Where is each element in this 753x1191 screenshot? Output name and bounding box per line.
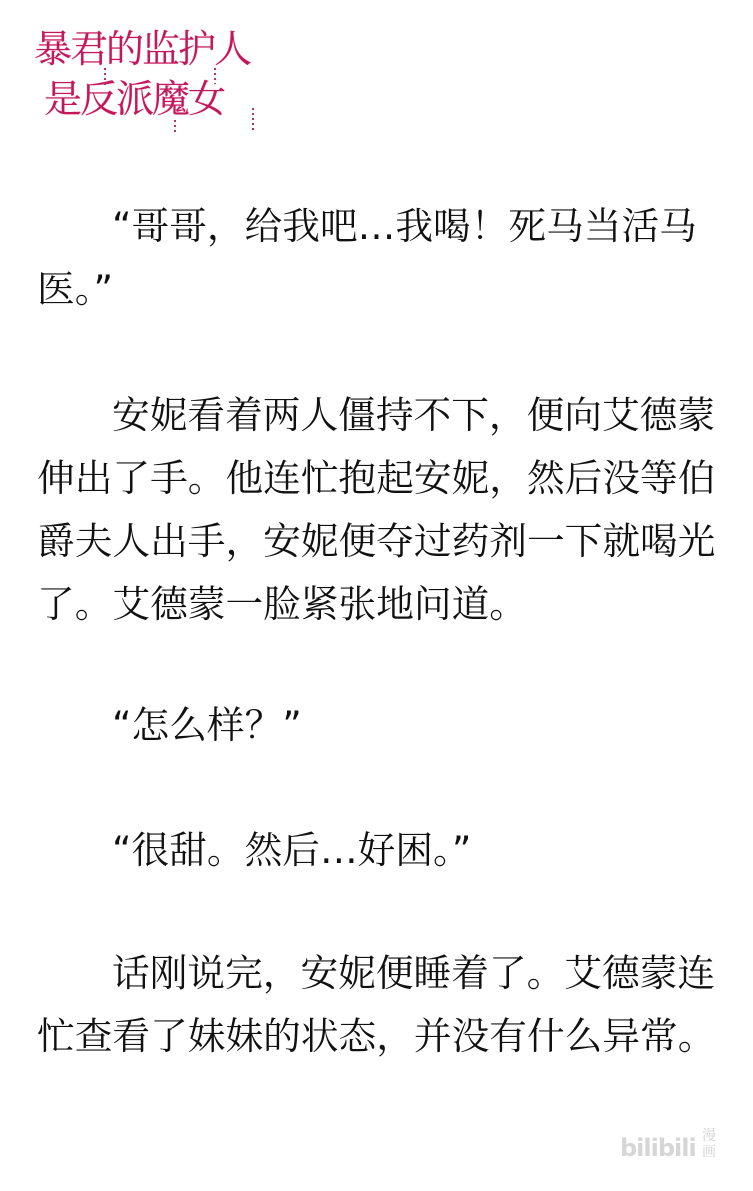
logo-decoration-dots — [104, 68, 106, 86]
text-line: 忙查看了妹妹的状态，并没有什么异常。 — [37, 1005, 717, 1068]
logo-decoration-dots — [214, 68, 216, 84]
text-line: 话刚说完，安妮便睡着了。艾德蒙连 — [37, 942, 717, 1005]
paragraph-3: “怎么样？” — [37, 694, 717, 757]
paragraph-2: 安妮看着两人僵持不下，便向艾德蒙 伸出了手。他连忙抱起安妮，然后没等伯 爵夫人出… — [37, 384, 717, 636]
text-line: 医。” — [37, 258, 717, 321]
text-line: 伸出了手。他连忙抱起安妮，然后没等伯 — [37, 447, 717, 510]
logo-title-line-1: 暴君的监护人 — [34, 30, 250, 68]
comic-title-logo: 暴君的监护人 是反派魔女 — [34, 22, 274, 132]
paragraph-1: “哥哥，给我吧…我喝！死马当活马 医。” — [37, 195, 717, 321]
bilibili-logo-text: bilibili — [620, 1134, 696, 1162]
text-line: 安妮看着两人僵持不下，便向艾德蒙 — [37, 384, 717, 447]
logo-decoration-dots — [252, 108, 254, 130]
manga-label: 漫画 — [702, 1128, 718, 1160]
text-line: 了。艾德蒙一脸紧张地问道。 — [37, 573, 717, 636]
paragraph-4: “很甜。然后…好困。” — [37, 819, 717, 882]
text-line: “怎么样？” — [37, 694, 717, 757]
logo-title-line-2: 是反派魔女 — [44, 80, 224, 118]
text-line: “哥哥，给我吧…我喝！死马当活马 — [37, 195, 717, 258]
text-line: “很甜。然后…好困。” — [37, 819, 717, 882]
paragraph-5: 话刚说完，安妮便睡着了。艾德蒙连 忙查看了妹妹的状态，并没有什么异常。 — [37, 942, 717, 1068]
logo-decoration-dots — [174, 120, 176, 132]
bilibili-manga-watermark: bilibili 漫画 — [620, 1126, 730, 1171]
text-line: 爵夫人出手，安妮便夺过药剂一下就喝光 — [37, 510, 717, 573]
